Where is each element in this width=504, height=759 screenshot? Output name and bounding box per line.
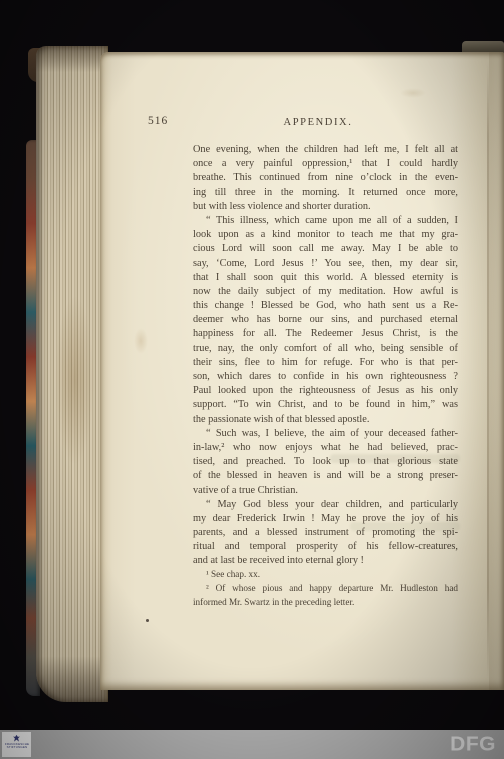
gutter-crease [487,62,489,680]
page-number: 516 [148,115,168,127]
library-logo-line2: STIFTUNGEN [2,746,31,749]
text-line: ¹ See chap. xx. [193,568,458,582]
text-line: the passionate wish of that blessed apos… [193,413,458,427]
running-header: APPENDIX. [193,117,443,128]
footnote: ² Of whose pious and happy departure Mr.… [193,582,458,610]
digitization-footer-band: FRANCKESCHE STIFTUNGEN DFG [0,730,504,759]
page-speck [146,619,149,622]
text-line: but with less violence and shorter durat… [193,200,458,214]
footnotes: ¹ See chap. xx.² Of whose pious and happ… [193,568,458,609]
text-line: deemer who has borne our sins, and purch… [193,313,458,327]
text-line: that I shall soon quit this world. A ble… [193,271,458,285]
library-logo-text: FRANCKESCHE STIFTUNGEN [2,743,31,749]
page-stain [134,328,148,354]
footnote: ¹ See chap. xx. [193,568,458,582]
text-line: look upon as a kind monitor to teach me … [193,228,458,242]
text-line: Paul looked upon the righteousness of Je… [193,384,458,398]
text-line: cious Lord will soon call me away. May I… [193,242,458,256]
page-edges-stack [36,46,108,702]
paragraph: One evening, when the children had left … [193,143,458,214]
text-line: vative of a true Christian. [193,484,458,498]
paragraph: “ Such was, I believe, the aim of your d… [193,427,458,498]
text-line: true, nay, the only comfort of all who, … [193,342,458,356]
gutter-shadow [489,52,504,690]
book-page: 516 APPENDIX. One evening, when the chil… [100,52,504,690]
library-eagle-emblem-icon [12,734,21,743]
text-line: tised, and preached. To look up to that … [193,455,458,469]
paragraph: “ This illness, which came upon me all o… [193,214,458,427]
text-line: breathe. This continued from nine o’cloc… [193,171,458,185]
text-line: and at last be received into eternal glo… [193,554,458,568]
text-line: “ This illness, which came upon me all o… [193,214,458,228]
text-line: “ Such was, I believe, the aim of your d… [193,427,458,441]
text-line: One evening, when the children had left … [193,143,458,157]
text-line: this change ! Blessed be God, who hath s… [193,299,458,313]
scanned-book-photo: 516 APPENDIX. One evening, when the chil… [0,0,504,759]
library-logo: FRANCKESCHE STIFTUNGEN [2,732,31,757]
text-line: “ May God bless your dear children, and … [193,498,458,512]
page-stain [400,88,426,98]
text-line: parents, and a blessed instrument of pro… [193,526,458,540]
text-line: in-law,² who now enjoys what he had beli… [193,441,458,455]
text-line: say, ‘Come, Lord Jesus !’ You see, then,… [193,257,458,271]
body-text: One evening, when the children had left … [193,143,458,569]
text-line: their sins, flee to him for refuge. For … [193,356,458,370]
text-line: my dear Frederick Irwin ! May he prove t… [193,512,458,526]
text-line: ritual and temporal prosperity of his fe… [193,540,458,554]
text-line: ² Of whose pious and happy departure Mr.… [193,582,458,596]
text-line: once a very painful oppression,¹ that I … [193,157,458,171]
text-line: son, which dares to confide in his own r… [193,370,458,384]
paragraph: “ May God bless your dear children, and … [193,498,458,569]
text-line: ing till three in the morning. It return… [193,186,458,200]
text-line: happiness for all. The Redeemer Jesus Ch… [193,327,458,341]
text-line: of the blessed in heaven is and will be … [193,469,458,483]
dfg-logo: DFG [450,732,496,758]
text-line: now the daily subject of my meditation. … [193,285,458,299]
text-line: informed Mr. Swartz in the preceding let… [193,596,458,610]
text-line: support. “To win Christ, and to be found… [193,398,458,412]
